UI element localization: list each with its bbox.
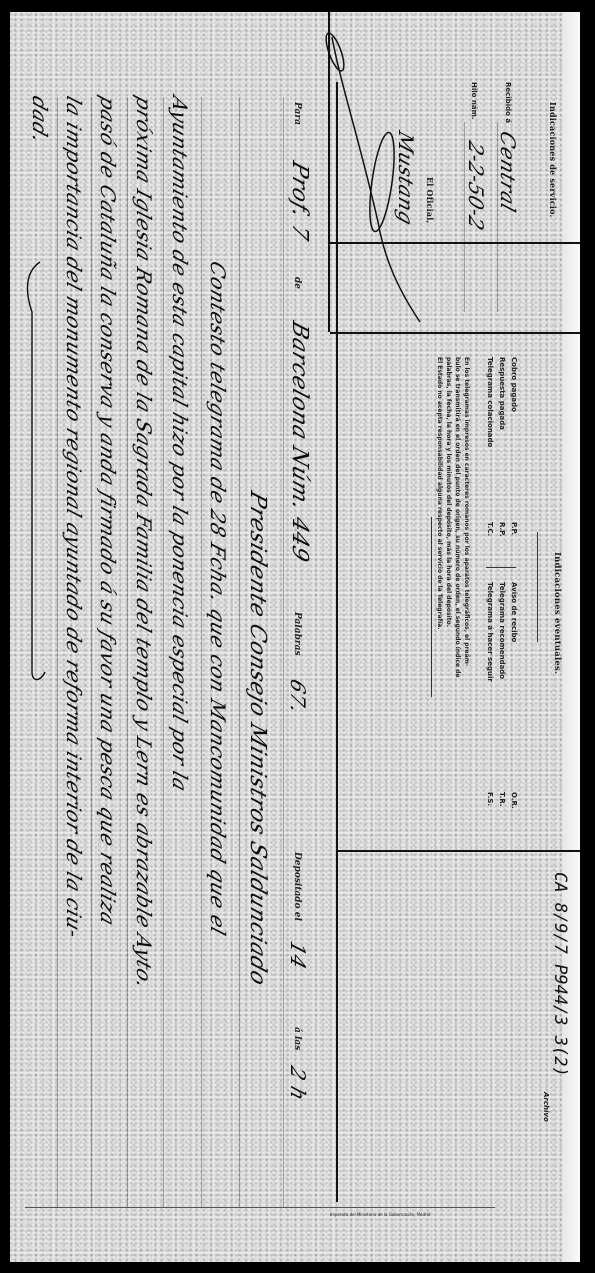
footer-imprint: Imprenta del Ministerio de la Gobernació… [330,1212,430,1217]
margin-bracket [20,262,80,682]
eventual-box-right [336,850,580,852]
signature-flourish [320,22,440,322]
eventual-row-right: Telegrama á hacer seguir [486,582,494,682]
recibido-line [497,122,498,312]
footer-rule [25,1207,495,1208]
de-value: Barcelona Núm. 449 [287,318,312,565]
message-line: pasó de Cataluña la conserva y anda firm… [96,93,120,929]
document-rotated-canvas: Indicaciones de servicio. Recibido á Cen… [10,12,580,1262]
telegram-document: Indicaciones de servicio. Recibido á Cen… [10,12,580,1262]
message-line: Ayuntamiento de esta capital hizo por la… [168,93,192,795]
para-label: Para [292,102,302,125]
eventual-row-left-code: R.P. [498,522,506,537]
eventual-row-right-code: O.R. [510,792,518,809]
para-value: Prof. 7 [287,158,312,244]
recibido-label: Recibido á [504,82,512,123]
eventual-row-right: Telegrama recomendado [498,582,506,679]
depositado-label: Depositado el [292,852,302,921]
addressee: Presidente Consejo Ministros Saldunciado [245,488,270,989]
ruled-line [163,97,164,1207]
depositado-value: 14 [286,938,310,972]
hora-label: á las [292,1027,302,1050]
eventual-row-left: Cobro pagado [510,357,518,412]
eventual-row-right-code: T.R. [498,792,506,807]
message-line: próxima Iglesia Romana de la Sagrada Fam… [132,93,156,992]
eventual-note: palabras, la fecha, la hora y los minuto… [445,357,452,627]
eventual-divider [486,567,516,568]
recibido-value: Central [496,128,520,215]
header-field-line [283,97,284,1207]
ruled-line [91,97,92,1207]
ruled-line [127,97,128,1207]
eventual-row-left: Telegrama colacionado [486,357,494,447]
eventual-row-right-code: F.S. [486,792,494,806]
eventual-note: bulo se transmitirá en el orden del punt… [454,357,461,678]
eventual-row-left: Respuesta pagada [498,357,506,430]
palabras-label: Palabras [292,612,302,656]
hilo-label: Hilo nám. [470,82,478,120]
eventual-title-rule [537,532,538,642]
ruled-line [239,97,240,1207]
eventual-row-right: Aviso de recibo [510,582,518,642]
message-line: Contesto telegrama de 28 Fcha. que con M… [206,258,230,939]
archive-stamp-note: Archivo [542,1092,550,1122]
de-label: de [292,277,302,289]
eventual-box-title: Indicaciones eventuales. [552,552,562,674]
ruled-line [201,97,202,1207]
service-box-title: Indicaciones de servicio. [548,102,558,218]
hilo-line [464,122,465,312]
message-line: dad. [28,93,52,147]
eventual-note: En los telegramas impresos en caracteres… [463,357,470,666]
hilo-value: 2-2-50-2 [464,138,488,234]
eventual-note: El Estado no acepta responsabilidad algu… [436,357,443,630]
eventual-row-left-code: P.P. [510,522,518,535]
hora-value: 2 h [286,1063,310,1104]
eventual-notes-rule [431,517,432,697]
palabras-value: 67. [286,676,310,717]
eventual-box-left [330,332,580,334]
eventual-row-left-code: T.C. [486,522,494,536]
archive-stamp: CA 8/9/7 P944/3 3(2) [550,872,570,1077]
